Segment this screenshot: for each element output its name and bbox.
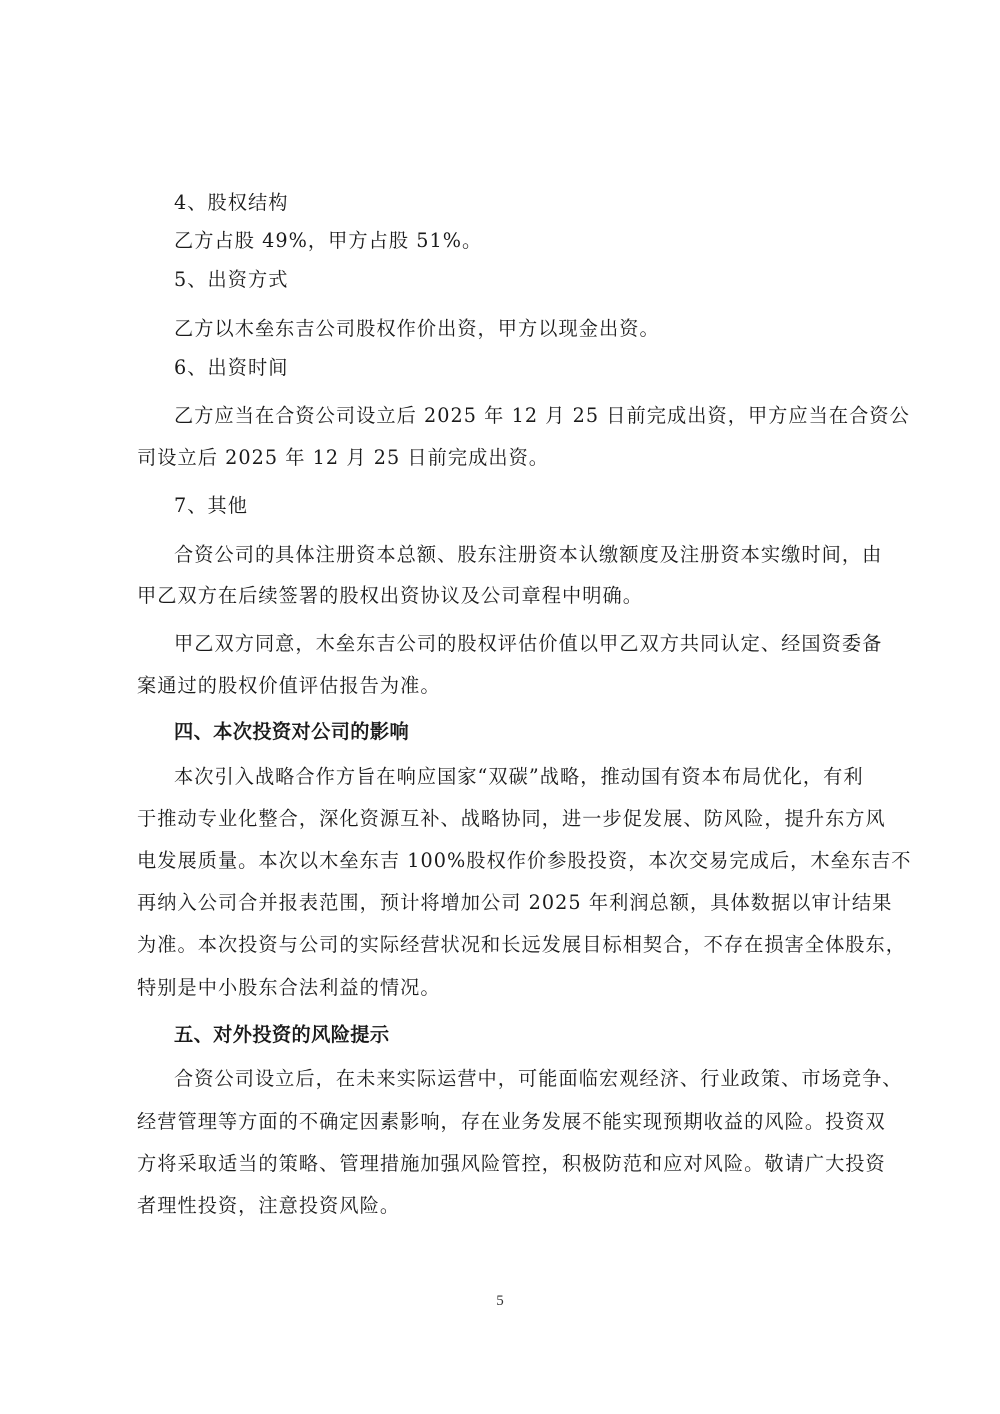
subheading-contribution-time: 6、出资时间 xyxy=(174,353,288,383)
section-heading-risk-warning: 五、对外投资的风险提示 xyxy=(174,1020,389,1050)
paragraph-line: 合资公司设立后，在未来实际运营中，可能面临宏观经济、行业政策、市场竞争、 xyxy=(174,1064,903,1094)
paragraph-line: 再纳入公司合并报表范围，预计将增加公司 2025 年利润总额，具体数据以审计结果 xyxy=(137,888,892,918)
paragraph-line: 于推动专业化整合，深化资源互补、战略协同，进一步促发展、防风险，提升东方风 xyxy=(137,804,886,834)
paragraph-line: 方将采取适当的策略、管理措施加强风险管控，积极防范和应对风险。敬请广大投资 xyxy=(137,1149,886,1179)
paragraph-line: 司设立后 2025 年 12 月 25 日前完成出资。 xyxy=(137,443,549,473)
paragraph-line: 乙方以木垒东吉公司股权作价出资，甲方以现金出资。 xyxy=(174,314,660,344)
subheading-other: 7、其他 xyxy=(174,491,248,521)
page-number: 5 xyxy=(0,1293,1000,1310)
paragraph-line: 乙方占股 49%，甲方占股 51%。 xyxy=(174,226,482,256)
paragraph-line: 案通过的股权价值评估报告为准。 xyxy=(137,671,441,701)
paragraph-line: 特别是中小股东合法利益的情况。 xyxy=(137,973,441,1003)
paragraph-line: 经营管理等方面的不确定因素影响，存在业务发展不能实现预期收益的风险。投资双 xyxy=(137,1107,886,1137)
section-heading-investment-impact: 四、本次投资对公司的影响 xyxy=(174,717,409,747)
paragraph-line: 者理性投资，注意投资风险。 xyxy=(137,1191,400,1221)
paragraph-line: 甲乙双方在后续签署的股权出资协议及公司章程中明确。 xyxy=(137,581,643,611)
paragraph-line: 合资公司的具体注册资本总额、股东注册资本认缴额度及注册资本实缴时间，由 xyxy=(174,540,882,570)
paragraph-line: 甲乙双方同意，木垒东吉公司的股权评估价值以甲乙双方共同认定、经国资委备 xyxy=(174,629,882,659)
subheading-equity-structure: 4、股权结构 xyxy=(174,188,288,218)
paragraph-line: 乙方应当在合资公司设立后 2025 年 12 月 25 日前完成出资，甲方应当在… xyxy=(174,401,910,431)
document-page: 4、股权结构 乙方占股 49%，甲方占股 51%。 5、出资方式 乙方以木垒东吉… xyxy=(0,0,1000,1414)
paragraph-line: 本次引入战略合作方旨在响应国家“双碳”战略，推动国有资本布局优化，有利 xyxy=(174,762,864,792)
paragraph-line: 电发展质量。本次以木垒东吉 100%股权作价参股投资，本次交易完成后，木垒东吉不 xyxy=(137,846,912,876)
subheading-contribution-method: 5、出资方式 xyxy=(174,265,288,295)
paragraph-line: 为准。本次投资与公司的实际经营状况和长远发展目标相契合，不存在损害全体股东， xyxy=(137,930,906,960)
